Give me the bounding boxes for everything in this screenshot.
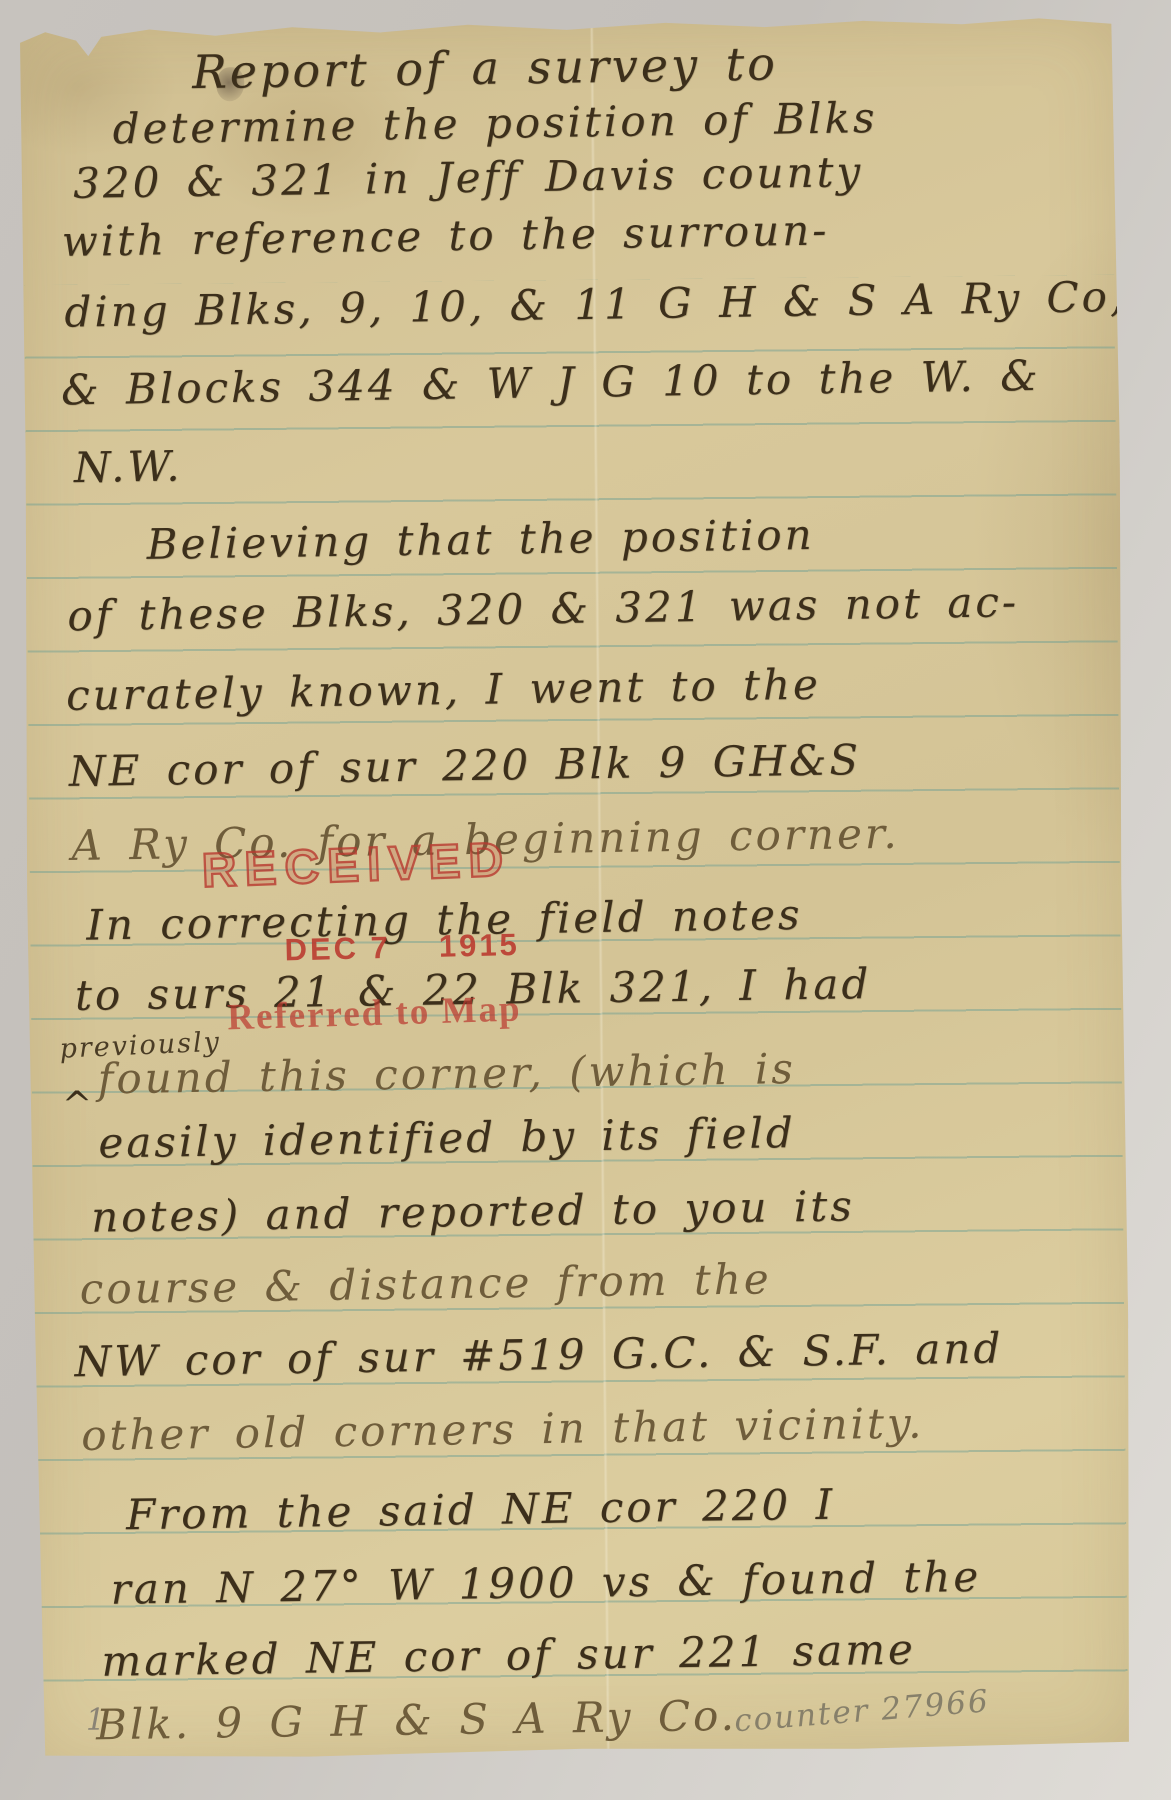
received-stamp: RECEIVED bbox=[201, 832, 512, 899]
handwritten-line: marked NE cor of sur 221 same bbox=[101, 1625, 916, 1686]
handwritten-line: NE cor of sur 220 Blk 9 GH&S bbox=[68, 735, 861, 796]
handwritten-line: other old corners in that vicinity. bbox=[81, 1398, 925, 1460]
handwritten-line: Believing that the position bbox=[146, 510, 815, 569]
handwritten-line: 320 & 321 in Jeff Davis county bbox=[73, 147, 864, 208]
paper-sheet: Report of a survey todetermine the posit… bbox=[18, 17, 1133, 1759]
handwritten-line: & Blocks 344 & W J G 10 to the W. & bbox=[61, 351, 1041, 415]
scanned-document-page: { "scan": { "background_color": "#c6c2bd… bbox=[0, 0, 1171, 1800]
handwritten-line: curately known, I went to the bbox=[66, 660, 821, 720]
handwritten-line: determine the position of Blks bbox=[112, 93, 877, 153]
pencil-margin-mark: 1 bbox=[86, 1703, 105, 1738]
handwritten-line: with reference to the surroun- bbox=[61, 206, 829, 266]
date-stamp-month-day: DEC 7 bbox=[284, 930, 391, 968]
handwritten-line: ran N 27° W 1900 vs & found the bbox=[110, 1552, 981, 1614]
handwritten-text-layer: Report of a survey todetermine the posit… bbox=[18, 17, 1116, 28]
insertion-caret: ^ bbox=[62, 1085, 93, 1126]
handwritten-line: Blk. 9 G H & S A Ry Co. bbox=[96, 1691, 738, 1750]
handwritten-line: notes) and reported to you its bbox=[91, 1181, 855, 1241]
handwritten-line: From the said NE cor 220 I bbox=[126, 1480, 836, 1540]
handwritten-line: easily identified by its field bbox=[98, 1108, 796, 1167]
handwritten-line: NW cor of sur #519 G.C. & S.F. and bbox=[74, 1323, 1003, 1386]
handwritten-line: Report of a survey to bbox=[192, 36, 778, 99]
handwritten-line: ding Blks, 9, 10, & 11 G H & S A Ry Co, bbox=[64, 272, 1126, 337]
date-stamp: DEC 7 1915 bbox=[284, 927, 520, 969]
handwritten-line: N.W. bbox=[74, 441, 183, 492]
pencil-counter-number: counter 27966 bbox=[733, 1683, 991, 1739]
referred-to-map-stamp: Referred to Map bbox=[227, 987, 523, 1039]
handwritten-line: of these Blks, 320 & 321 was not ac- bbox=[67, 577, 1019, 640]
handwritten-line: course & distance from the bbox=[79, 1254, 772, 1313]
date-stamp-year: 1915 bbox=[438, 927, 520, 965]
